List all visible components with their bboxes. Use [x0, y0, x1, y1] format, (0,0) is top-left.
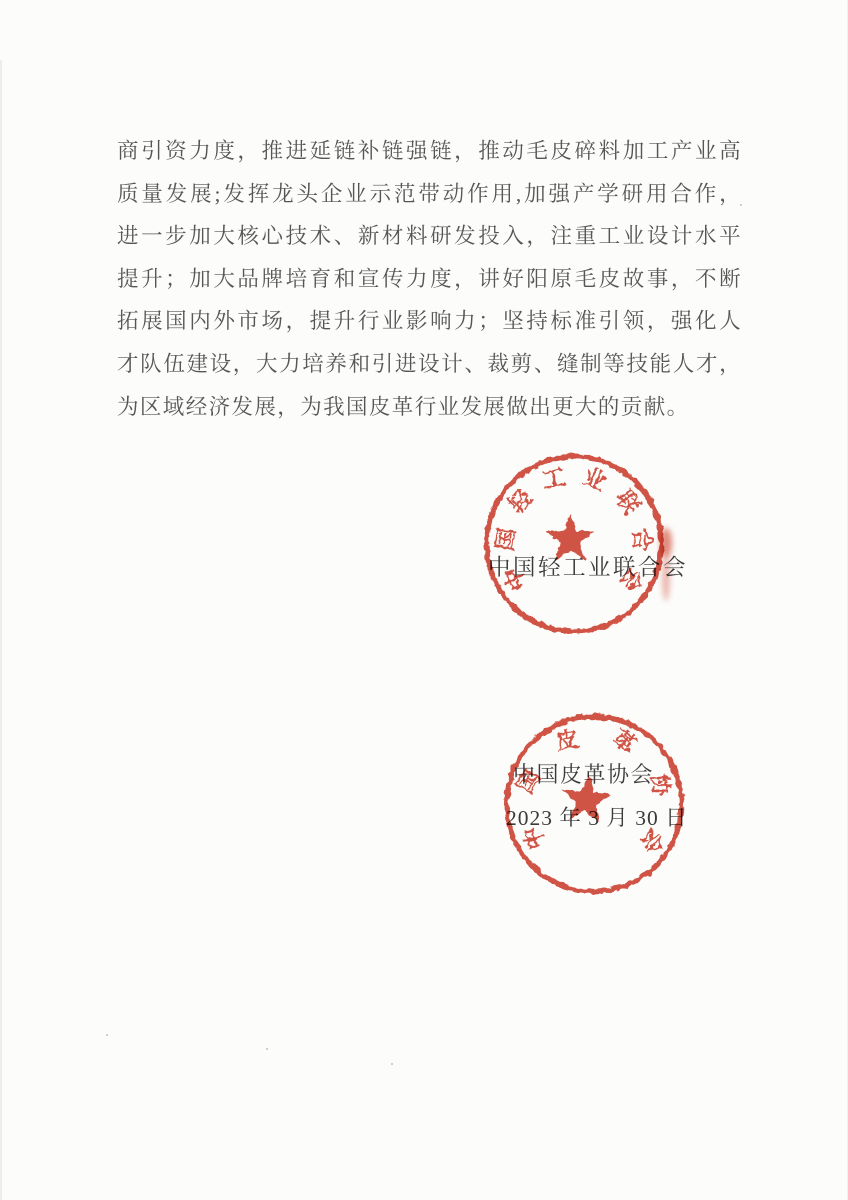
star-icon: [545, 513, 595, 561]
body-line-1: 商引资力度，推进延链补链强链，推动毛皮碎料加工产业高: [117, 130, 742, 173]
scan-speck: [106, 1034, 108, 1036]
body-line-7: 为区域经济发展，为我国皮革行业发展做出更大的贡献。: [117, 386, 742, 429]
body-line-4: 提升；加大品牌培育和宣传力度，讲好阳原毛皮故事，不断: [117, 258, 742, 301]
letter-body: 商引资力度，推进延链补链强链，推动毛皮碎料加工产业高 质量发展;发挥龙头企业示范…: [117, 130, 742, 428]
leather-association-seal: 中国皮革协会: [500, 710, 688, 898]
star-icon: [559, 771, 614, 824]
seal-ink-smudge: [662, 555, 670, 601]
body-line-2: 质量发展;发挥龙头企业示范带动作用,加强产学研用合作，: [117, 173, 742, 216]
seal-ink-smudge: [660, 528, 672, 558]
body-line-5: 拓展国内外市场，提升行业影响力；坚持标准引领，强化人: [117, 300, 742, 343]
scan-speck: [266, 1048, 268, 1050]
body-line-6: 才队伍建设，大力培养和引进设计、裁剪、缝制等技能人才，: [117, 343, 742, 386]
scanned-letter-page: 商引资力度，推进延链补链强链，推动毛皮碎料加工产业高 质量发展;发挥龙头企业示范…: [0, 0, 848, 1200]
body-line-3: 进一步加大核心技术、新材料研发投入，注重工业设计水平: [117, 215, 742, 258]
scan-edge-artifact: [0, 60, 2, 1200]
light-industry-council-seal: 中国轻工业联合会: [480, 450, 668, 638]
scan-speck: [391, 1063, 393, 1065]
